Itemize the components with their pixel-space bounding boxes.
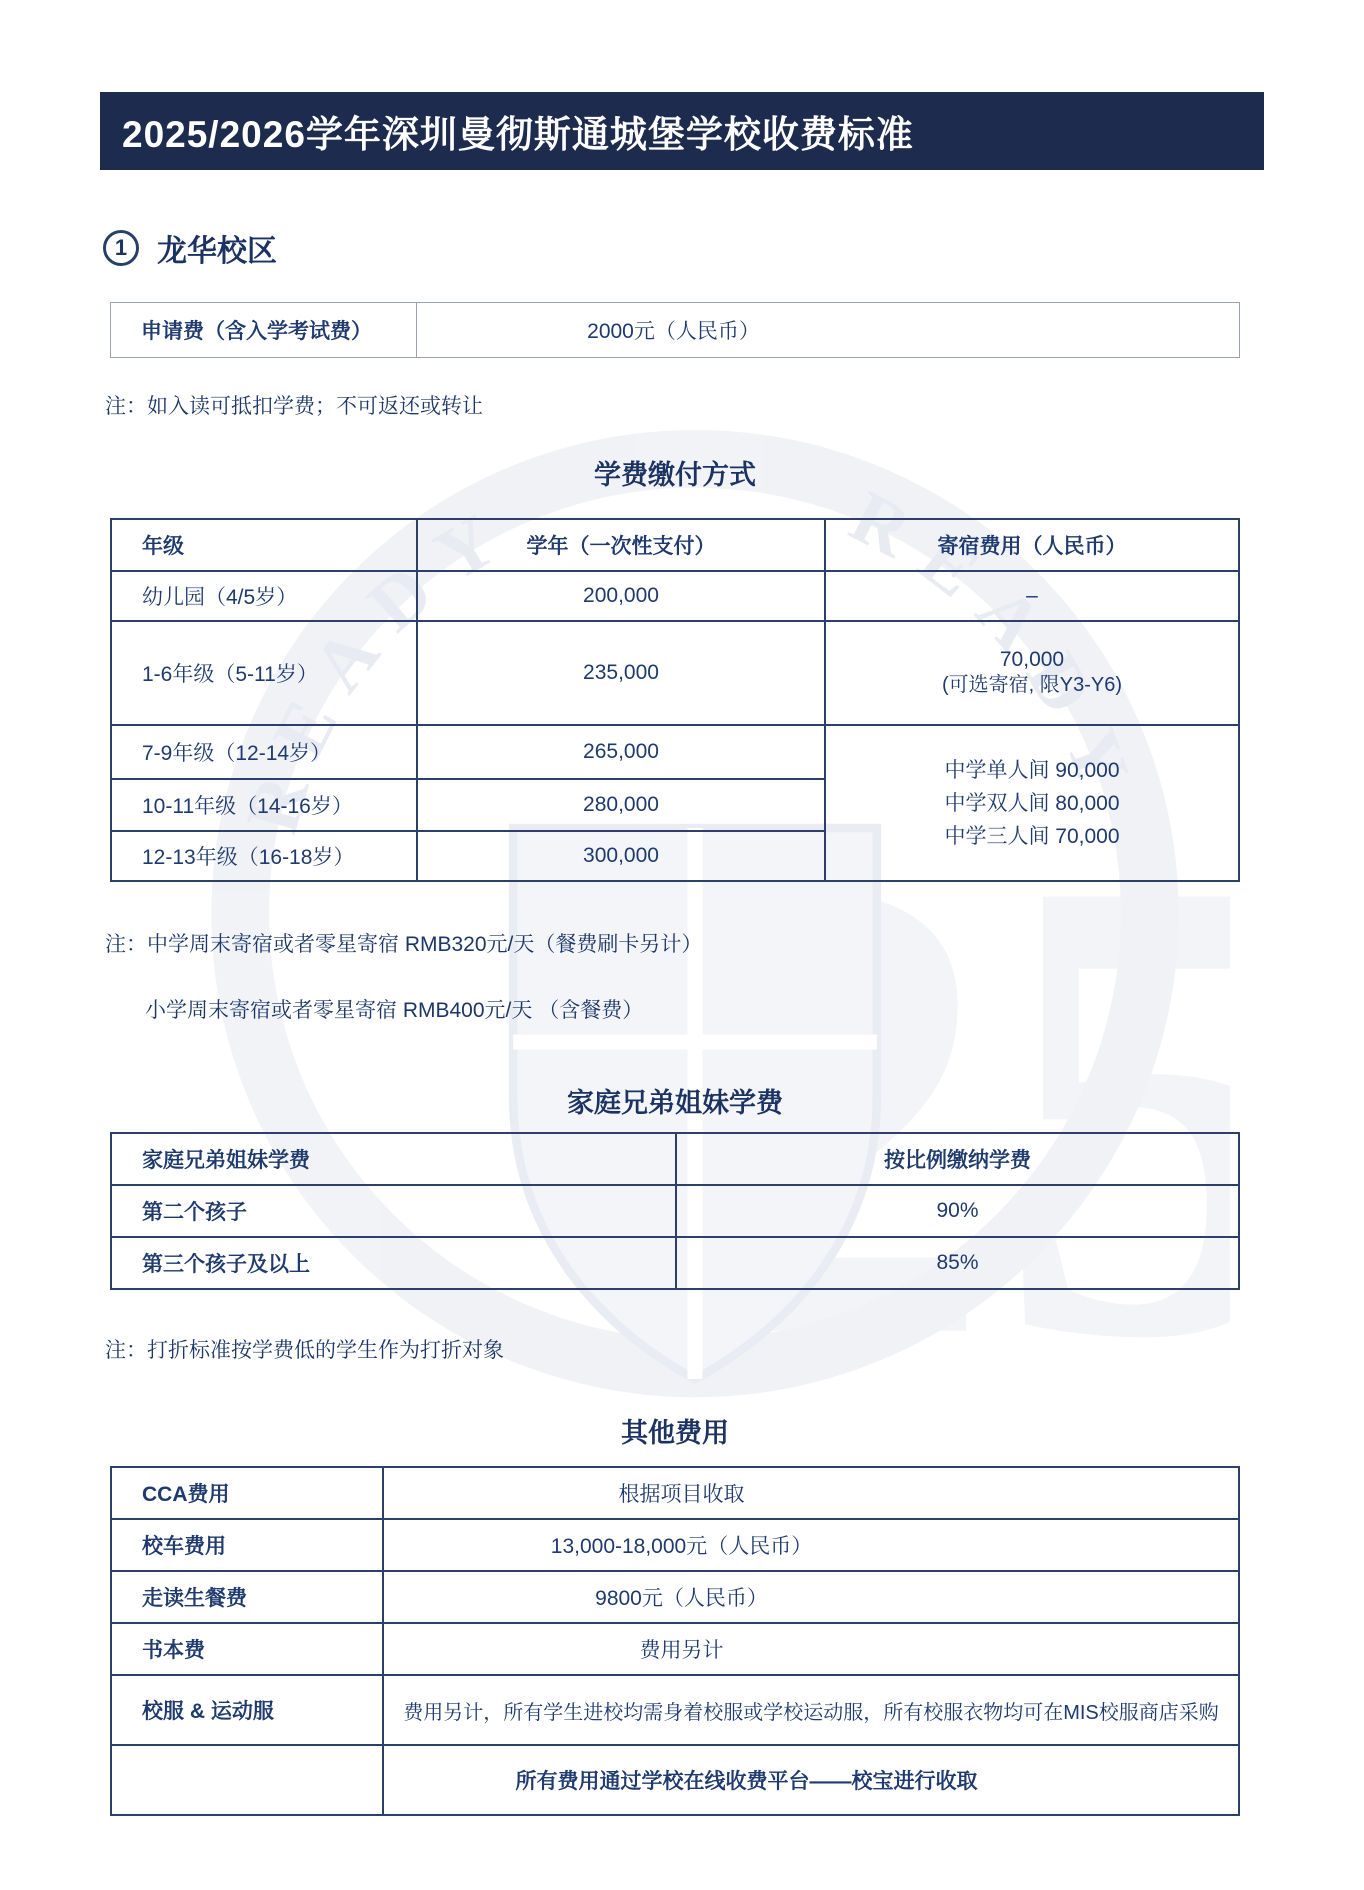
fee-kindergarten: 200,000 [417,571,825,621]
siblings-col-value: 按比例缴纳学费 [676,1133,1239,1185]
application-fee-table: 申请费（含入学考试费） 2000元（人民币） [110,302,1240,358]
third-child-rate: 85% [676,1237,1239,1289]
grade-y10-11: 10-11年级（14-16岁） [111,779,417,831]
table-row: 1-6年级（5-11岁） 235,000 70,000 (可选寄宿, 限Y3-Y… [111,621,1239,725]
bus-fee-label: 校车费用 [111,1519,383,1571]
boarding-note-secondary: 注：中学周末寄宿或者零星寄宿 RMB320元/天（餐费刷卡另计） [105,932,1364,958]
second-child-label: 第二个孩子 [111,1185,676,1237]
book-fee-label: 书本费 [111,1623,383,1675]
document-title: 2025/2026学年深圳曼彻斯通城堡学校收费标准 [122,104,914,158]
campus-title: 龙华校区 [157,226,277,270]
table-row: 第三个孩子及以上 85% [111,1237,1239,1289]
grade-y12-13: 12-13年级（16-18岁） [111,831,417,881]
boarding-secondary-triple: 中学三人间 70,000 [827,820,1237,853]
application-fee-note: 注：如入读可抵扣学费；不可返还或转让 [105,394,1364,420]
payment-platform-note: 所有费用通过学校在线收费平台——校宝进行收取 [383,1745,1239,1815]
table-row: CCA费用 根据项目收取 [111,1467,1239,1519]
other-fees-section-title: 其他费用 [110,1416,1240,1450]
col-header-boarding-fee: 寄宿费用（人民币） [825,519,1239,571]
siblings-col-label: 家庭兄弟姐妹学费 [111,1133,676,1185]
book-fee-value: 费用另计 [383,1623,1239,1675]
table-row: 7-9年级（12-14岁） 265,000 中学单人间 90,000 中学双人间… [111,725,1239,779]
section-number: 1 [115,235,127,261]
other-fees-table: CCA费用 根据项目收取 校车费用 13,000-18,000元（人民币） 走读… [110,1466,1240,1816]
cca-fee-value: 根据项目收取 [383,1467,1239,1519]
uniform-fee-value: 费用另计，所有学生进校均需身着校服或学校运动服，所有校服衣物均可在MIS校服商店… [383,1675,1239,1745]
grade-kindergarten: 幼儿园（4/5岁） [111,571,417,621]
siblings-section-title: 家庭兄弟姐妹学费 [110,1086,1240,1120]
fee-schedule-page: 25 READY READY 2025/2026学年深圳曼彻斯通城堡学校收费标准… [0,0,1364,1890]
table-row: 书本费 费用另计 [111,1623,1239,1675]
table-header-row: 家庭兄弟姐妹学费 按比例缴纳学费 [111,1133,1239,1185]
table-row: 所有费用通过学校在线收费平台——校宝进行收取 [111,1745,1239,1815]
table-row: 校服 & 运动服 费用另计，所有学生进校均需身着校服或学校运动服，所有校服衣物均… [111,1675,1239,1745]
fee-y12-13: 300,000 [417,831,825,881]
table-row: 第二个孩子 90% [111,1185,1239,1237]
second-child-rate: 90% [676,1185,1239,1237]
fee-y7-9: 265,000 [417,725,825,779]
grade-primary: 1-6年级（5-11岁） [111,621,417,725]
document-title-bar: 2025/2026学年深圳曼彻斯通城堡学校收费标准 [100,92,1264,170]
table-header-row: 年级 学年（一次性支付） 寄宿费用（人民币） [111,519,1239,571]
boarding-primary: 70,000 (可选寄宿, 限Y3-Y6) [825,621,1239,725]
tuition-table: 年级 学年（一次性支付） 寄宿费用（人民币） 幼儿园（4/5岁） 200,000… [110,518,1240,882]
boarding-kindergarten: – [825,571,1239,621]
table-row: 校车费用 13,000-18,000元（人民币） [111,1519,1239,1571]
meal-fee-value: 9800元（人民币） [383,1571,1239,1623]
fee-y10-11: 280,000 [417,779,825,831]
section-number-icon: 1 [103,230,139,266]
boarding-note-primary: 小学周末寄宿或者零星寄宿 RMB400元/天 （含餐费） [145,998,1364,1024]
col-header-year-fee: 学年（一次性支付） [417,519,825,571]
application-fee-label: 申请费（含入学考试费） [111,303,417,358]
col-header-grade: 年级 [111,519,417,571]
boarding-primary-amount: 70,000 [827,648,1237,672]
payment-row-empty-cell [111,1745,383,1815]
application-fee-value: 2000元（人民币） [417,303,1240,358]
meal-fee-label: 走读生餐费 [111,1571,383,1623]
boarding-secondary-double: 中学双人间 80,000 [827,787,1237,820]
discount-note: 注：打折标准按学费低的学生作为打折对象 [105,1338,1364,1364]
grade-y7-9: 7-9年级（12-14岁） [111,725,417,779]
boarding-primary-condition: (可选寄宿, 限Y3-Y6) [827,672,1237,699]
campus-section-header: 1 龙华校区 [103,228,1364,268]
boarding-secondary: 中学单人间 90,000 中学双人间 80,000 中学三人间 70,000 [825,725,1239,881]
table-row: 走读生餐费 9800元（人民币） [111,1571,1239,1623]
cca-fee-label: CCA费用 [111,1467,383,1519]
table-row: 申请费（含入学考试费） 2000元（人民币） [111,303,1240,358]
boarding-secondary-single: 中学单人间 90,000 [827,754,1237,787]
table-row: 幼儿园（4/5岁） 200,000 – [111,571,1239,621]
uniform-fee-label: 校服 & 运动服 [111,1675,383,1745]
tuition-section-title: 学费缴付方式 [110,458,1240,492]
fee-primary: 235,000 [417,621,825,725]
siblings-fee-table: 家庭兄弟姐妹学费 按比例缴纳学费 第二个孩子 90% 第三个孩子及以上 85% [110,1132,1240,1290]
bus-fee-value: 13,000-18,000元（人民币） [383,1519,1239,1571]
third-child-label: 第三个孩子及以上 [111,1237,676,1289]
